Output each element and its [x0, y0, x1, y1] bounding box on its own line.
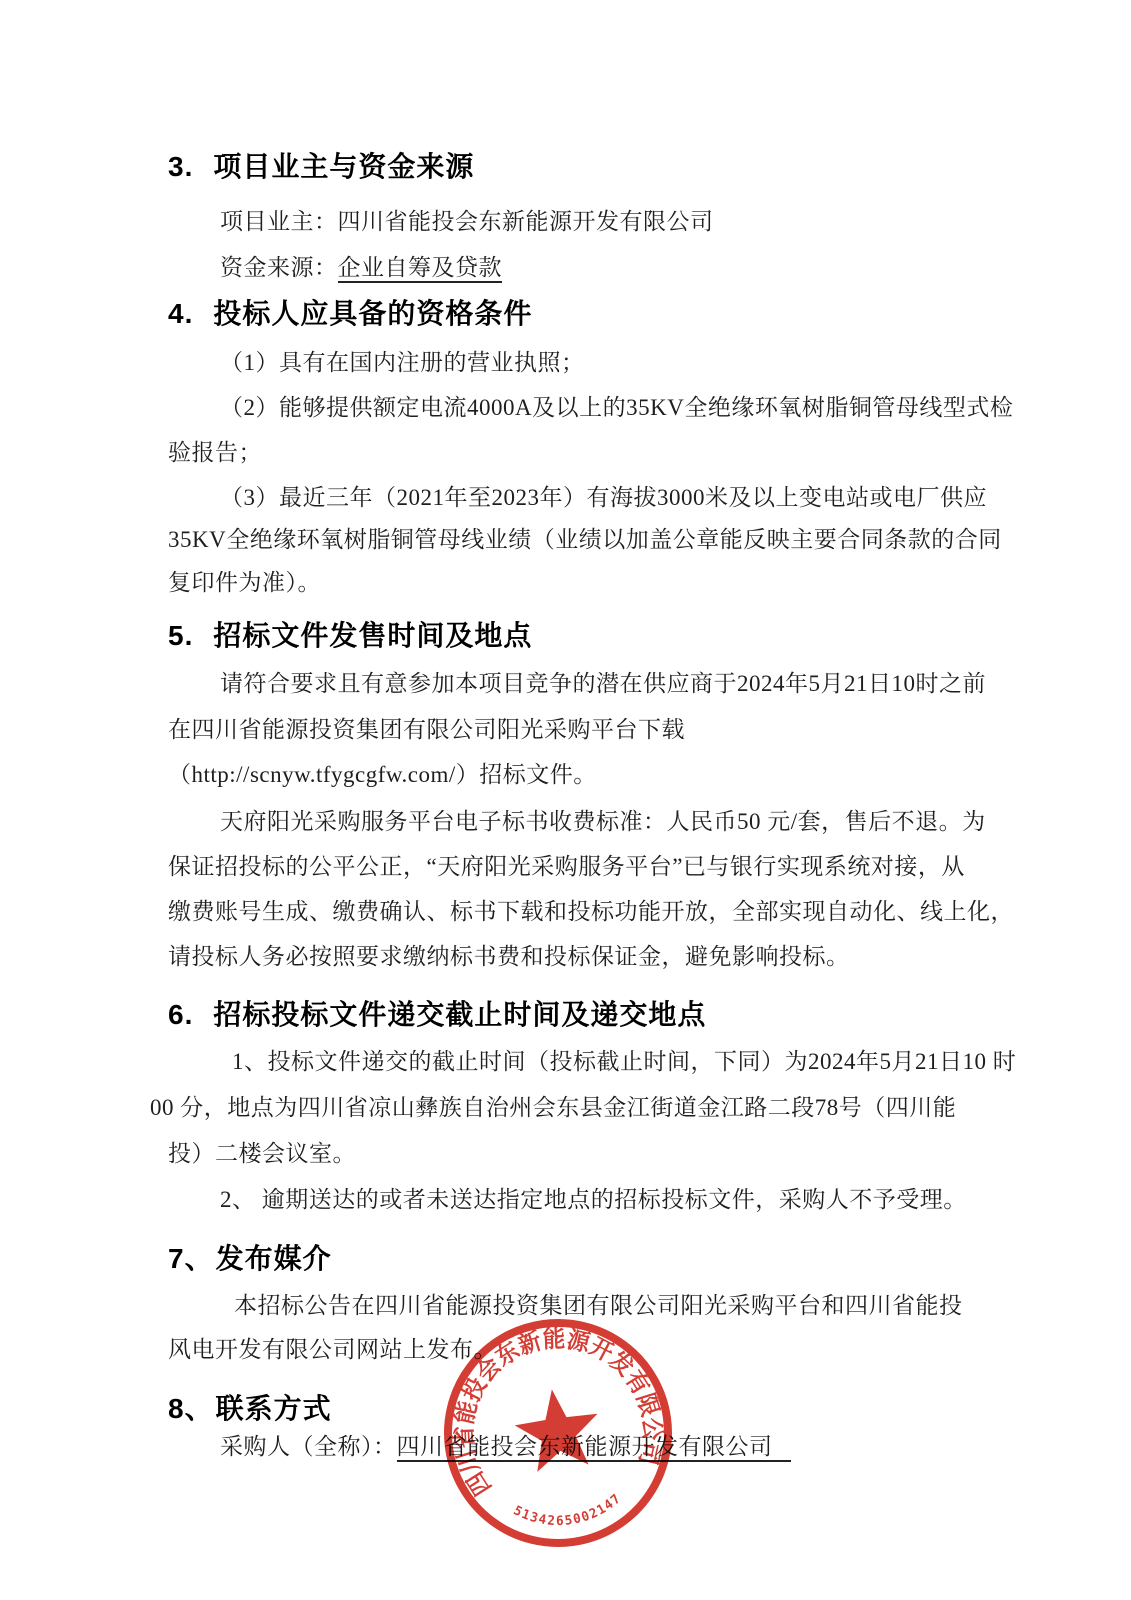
funding-source-label: 资金来源： — [220, 255, 338, 280]
section-8-title: 联系方式 — [216, 1393, 332, 1424]
deadline-item-1-line-3: 投）二楼会议室。 — [168, 1138, 356, 1170]
section-4-heading: 4.投标人应具备的资格条件 — [168, 297, 532, 331]
qualification-item-1: （1）具有在国内注册的营业执照； — [168, 347, 585, 379]
section-6-title: 招标投标文件递交截止时间及递交地点 — [213, 999, 706, 1030]
qualification-item-3-line-2: 35KV全绝缘环氧树脂铜管母线业绩（业绩以加盖公章能反映主要合同条款的合同 — [168, 524, 1002, 556]
official-seal: 四川省能投会东新能源开发有限公司 5134265002147 — [422, 1297, 693, 1568]
section-3-heading: 3.项目业主与资金来源 — [168, 150, 474, 184]
deadline-item-1-line-2: 00 分，地点为四川省凉山彝族自治州会东县金江街道金江路二段78号（四川能 — [150, 1092, 956, 1124]
section-7-heading: 7、发布媒介 — [168, 1242, 332, 1276]
qualification-item-3-line-1: （3）最近三年（2021年至2023年）有海拔3000米及以上变电站或电厂供应 — [168, 482, 987, 514]
section-6-number: 6. — [168, 998, 193, 1032]
section-4-title: 投标人应具备的资格条件 — [213, 298, 532, 329]
project-owner-value: 四川省能投会东新能源开发有限公司 — [338, 209, 714, 234]
deadline-item-1-line-1: 1、投标文件递交的截止时间（投标截止时间，下同）为2024年5月21日10 时 — [168, 1046, 1016, 1078]
funding-source-line: 资金来源：企业自筹及贷款 — [168, 252, 502, 284]
section-7-number: 7、 — [168, 1242, 214, 1276]
section-8-heading: 8、联系方式 — [168, 1392, 332, 1426]
section-4-number: 4. — [168, 297, 193, 331]
qualification-item-2-line-1: （2）能够提供额定电流4000A及以上的35KV全绝缘环氧树脂铜管母线型式检 — [168, 392, 1013, 424]
section-5-title: 招标文件发售时间及地点 — [213, 620, 532, 651]
sale-paragraph-line-2: 在四川省能源投资集团有限公司阳光采购平台下载 — [168, 714, 685, 746]
qualification-item-2-line-2: 验报告； — [168, 437, 262, 469]
funding-source-value: 企业自筹及贷款 — [338, 255, 503, 283]
section-6-heading: 6.招标投标文件递交截止时间及递交地点 — [168, 998, 706, 1032]
seal-star-icon — [510, 1384, 604, 1474]
fee-paragraph-line-2: 保证招投标的公平公正，“天府阳光采购服务平台”已与银行实现系统对接，从 — [168, 851, 965, 883]
project-owner-line: 项目业主：四川省能投会东新能源开发有限公司 — [168, 206, 714, 238]
section-3-number: 3. — [168, 150, 193, 184]
project-owner-label: 项目业主： — [220, 209, 338, 234]
buyer-label: 采购人（全称）： — [220, 1434, 397, 1459]
fee-paragraph-line-1: 天府阳光采购服务平台电子标书收费标准：人民币50 元/套，售后不退。为 — [168, 806, 986, 838]
section-5-number: 5. — [168, 619, 193, 653]
section-7-title: 发布媒介 — [216, 1243, 332, 1274]
qualification-item-3-line-3: 复印件为准）。 — [168, 567, 321, 599]
section-8-number: 8、 — [168, 1392, 214, 1426]
deadline-item-2: 2、 逾期送达的或者未送达指定地点的招标投标文件，采购人不予受理。 — [168, 1184, 967, 1216]
section-5-heading: 5.招标文件发售时间及地点 — [168, 619, 532, 653]
section-3-title: 项目业主与资金来源 — [213, 151, 474, 182]
fee-paragraph-line-4: 请投标人务必按照要求缴纳标书费和投标保证金，避免影响投标。 — [168, 941, 850, 973]
sale-paragraph-line-3-url: （http://scnyw.tfygcgfw.com/）招标文件。 — [168, 759, 597, 791]
sale-paragraph-line-1: 请符合要求且有意参加本项目竞争的潜在供应商于2024年5月21日10时之前 — [168, 668, 986, 700]
fee-paragraph-line-3: 缴费账号生成、缴费确认、标书下载和投标功能开放，全部实现自动化、线上化， — [168, 896, 1014, 928]
document-page: 3.项目业主与资金来源 项目业主：四川省能投会东新能源开发有限公司 资金来源：企… — [0, 0, 1131, 1600]
